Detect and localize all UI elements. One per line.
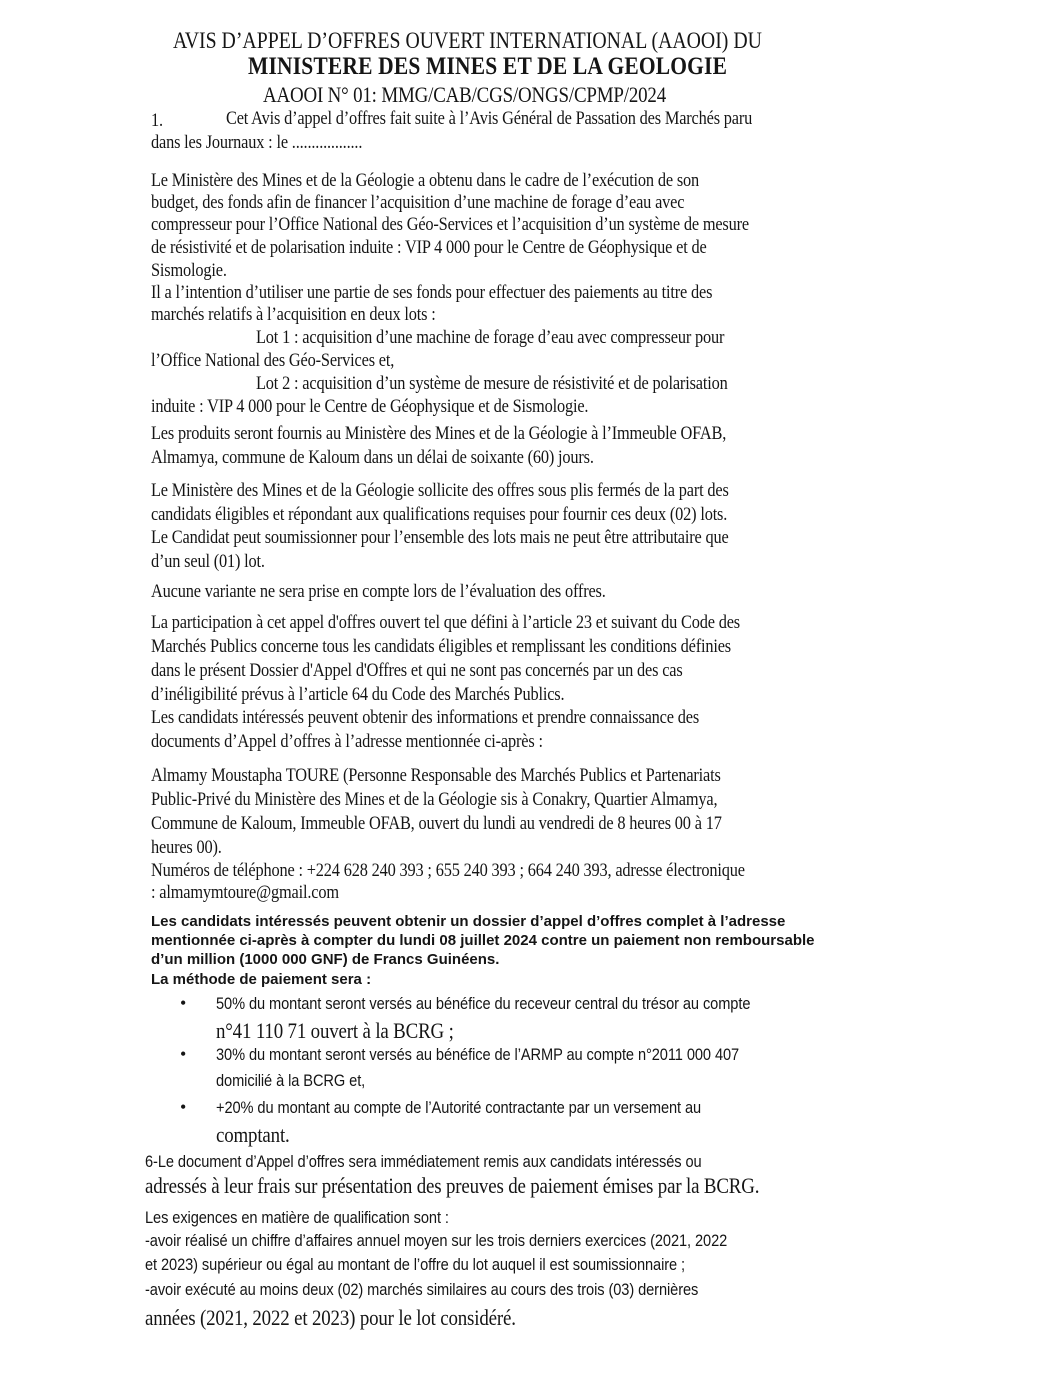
- notice-title: AVIS D’APPEL D’OFFRES OUVERT INTERNATION…: [173, 30, 762, 52]
- funding-line: Il a l’intention d’utiliser une partie d…: [151, 282, 712, 304]
- email-address[interactable]: : almamymtoure@gmail.com: [151, 882, 339, 904]
- intro-line-1: Cet Avis d’appel d’offres fait suite à l…: [226, 108, 752, 130]
- funding-line: Sismologie.: [151, 260, 227, 282]
- participation-line: dans le présent Dossier d'Appel d'Offres…: [151, 660, 683, 682]
- lot-2-line-2: induite : VIP 4 000 pour le Centre de Gé…: [151, 396, 588, 418]
- ministry-title: MINISTERE DES MINES ET DE LA GEOLOGIE: [248, 56, 727, 78]
- payment-item-2-line-2: domicilié à la BCRG et,: [216, 1070, 365, 1092]
- funding-line: budget, des fonds afin de financer l’acq…: [151, 192, 684, 214]
- solicitation-line: candidats éligibles et répondant aux qua…: [151, 504, 727, 526]
- notice-reference: AAOOI N° 01: MMG/CAB/CGS/ONGS/CPMP/2024: [263, 84, 666, 106]
- payment-item-3-line-1: +20% du montant au compte de l’Autorité …: [216, 1097, 701, 1119]
- participation-line: Les candidats intéressés peuvent obtenir…: [151, 707, 699, 729]
- qualification-line: -avoir exécuté au moins deux (02) marché…: [145, 1279, 698, 1301]
- participation-line: d’inéligibilité prévus à l’article 64 du…: [151, 684, 564, 706]
- payment-item-2-line-1: 30% du montant seront versés au bénéfice…: [216, 1044, 739, 1066]
- payment-item-1-line-1: 50% du montant seront versés au bénéfice…: [216, 993, 750, 1015]
- phone-numbers: Numéros de téléphone : +224 628 240 393 …: [151, 860, 745, 882]
- bullet-icon: •: [180, 1097, 186, 1118]
- solicitation-line: Le Ministère des Mines et de la Géologie…: [151, 480, 729, 502]
- lot-1-line-2: l’Office National des Géo-Services et,: [151, 350, 394, 372]
- bullet-icon: •: [180, 1044, 186, 1065]
- qualification-line: et 2023) supérieur ou égal au montant de…: [145, 1254, 685, 1276]
- funding-line: Le Ministère des Mines et de la Géologie…: [151, 170, 699, 192]
- payment-item-1-line-2: n°41 110 71 ouvert à la BCRG ;: [216, 1020, 454, 1042]
- participation-line: La participation à cet appel d'offres ou…: [151, 612, 740, 634]
- delivery-line: Almamya, commune de Kaloum dans un délai…: [151, 447, 594, 469]
- contact-line: Commune de Kaloum, Immeuble OFAB, ouvert…: [151, 813, 722, 835]
- variant-note: Aucune variante ne sera prise en compte …: [151, 581, 606, 603]
- delivery-docs-line: 6-Le document d’Appel d’offres sera immé…: [145, 1151, 702, 1173]
- contact-line: Public-Privé du Ministère des Mines et d…: [151, 789, 717, 811]
- solicitation-line: d’un seul (01) lot.: [151, 551, 265, 573]
- tender-notice-page: AVIS D’APPEL D’OFFRES OUVERT INTERNATION…: [0, 0, 1061, 1394]
- funding-line: compresseur pour l’Office National des G…: [151, 214, 749, 236]
- qualification-line: -avoir réalisé un chiffre d’affaires ann…: [145, 1230, 727, 1252]
- funding-line: de résistivité et de polarisation induit…: [151, 237, 707, 259]
- funding-line: marchés relatifs à l’acquisition en deux…: [151, 304, 436, 326]
- solicitation-line: Le Candidat peut soumissionner pour l’en…: [151, 527, 729, 549]
- lot-2-line-1: Lot 2 : acquisition d’un système de mesu…: [256, 373, 728, 395]
- participation-line: Marchés Publics concerne tous les candid…: [151, 636, 731, 658]
- payment-method-heading: La méthode de paiement sera :: [151, 969, 371, 991]
- participation-line: documents d’Appel d’offres à l’adresse m…: [151, 731, 543, 753]
- bullet-icon: •: [180, 993, 186, 1014]
- section-number: 1.: [151, 110, 163, 132]
- contact-line: Almamy Moustapha TOURE (Personne Respons…: [151, 765, 721, 787]
- delivery-line: Les produits seront fournis au Ministère…: [151, 423, 726, 445]
- delivery-docs-line: adressés à leur frais sur présentation d…: [145, 1175, 759, 1197]
- contact-line: heures 00).: [151, 837, 222, 859]
- payment-item-3-line-2: comptant.: [216, 1124, 290, 1146]
- qualification-heading: Les exigences en matière de qualificatio…: [145, 1207, 449, 1229]
- qualification-line: années (2021, 2022 et 2023) pour le lot …: [145, 1307, 516, 1329]
- intro-line-2: dans les Journaux : le .................…: [151, 132, 362, 154]
- dossier-line: d’un million (1000 000 GNF) de Francs Gu…: [151, 949, 499, 971]
- lot-1-line-1: Lot 1 : acquisition d’une machine de for…: [256, 327, 724, 349]
